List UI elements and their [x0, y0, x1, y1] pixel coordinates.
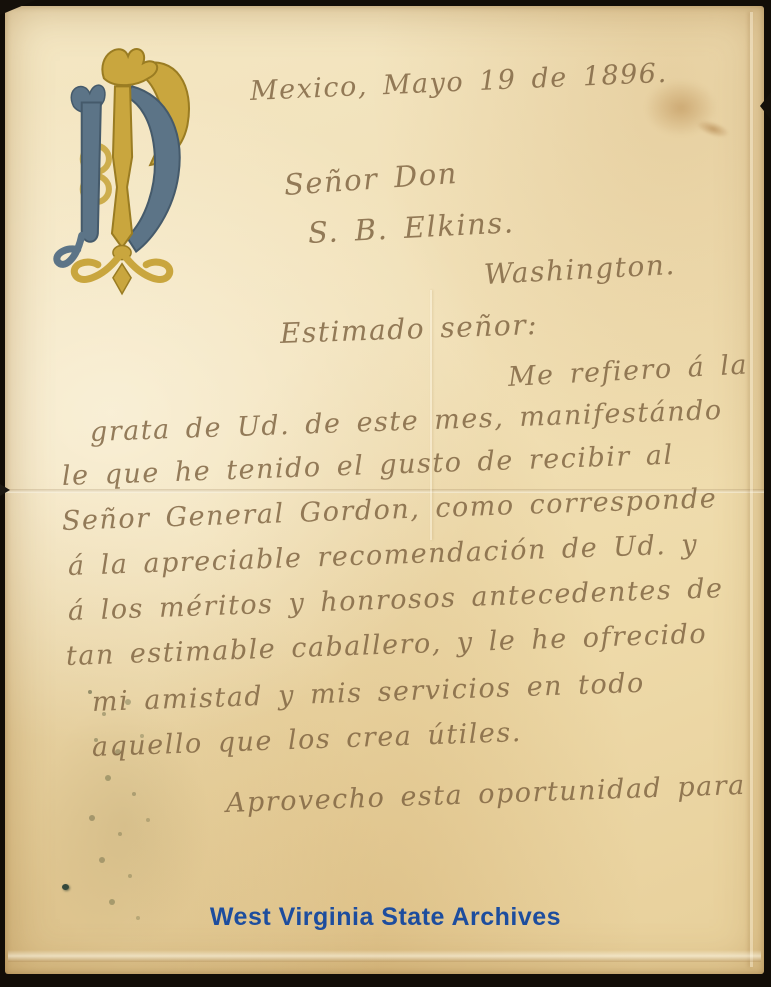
monogram-pd-icon: [40, 36, 198, 308]
bottom-crease: [8, 950, 761, 962]
archive-caption-text: West Virginia State Archives: [210, 903, 561, 931]
archive-caption: West Virginia State Archives: [0, 903, 771, 932]
letter-scan: Mexico, Mayo 19 de 1896. Señor Don S. B.…: [0, 0, 771, 987]
vertical-crease: [750, 12, 753, 967]
dark-speck: [62, 884, 69, 890]
